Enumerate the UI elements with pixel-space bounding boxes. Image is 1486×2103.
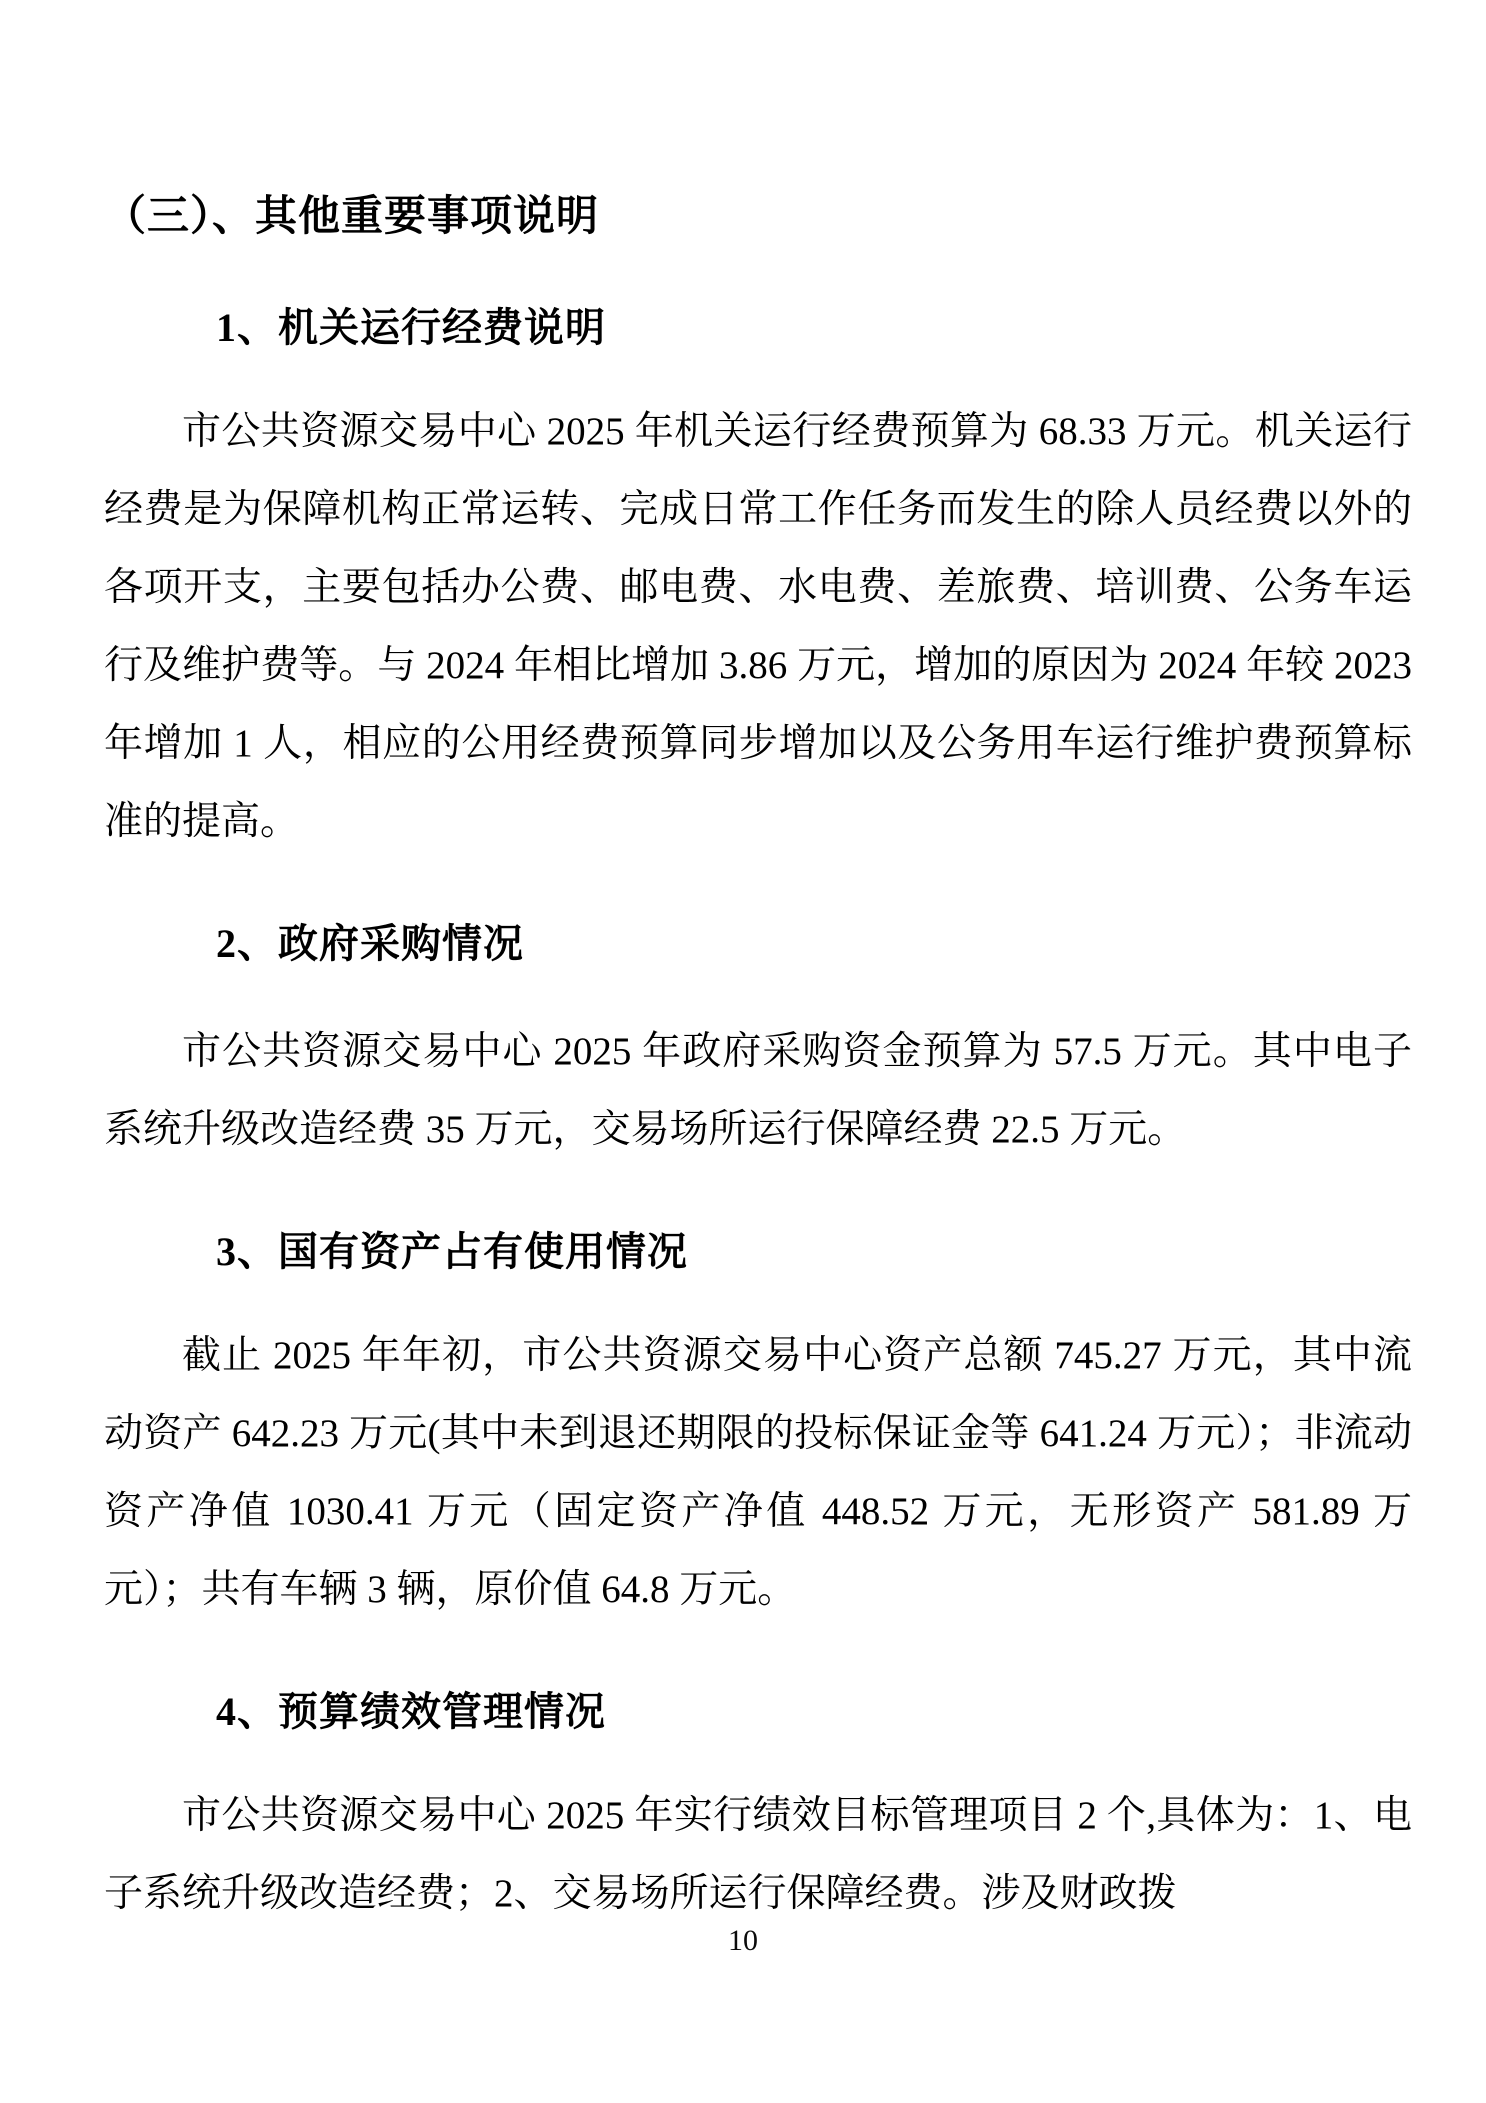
subsection-heading-state-owned-assets: 3、国有资产占有使用情况 bbox=[216, 1227, 1412, 1277]
document-page: （三）、其他重要事项说明 1、机关运行经费说明 市公共资源交易中心 2025 年… bbox=[0, 0, 1486, 2103]
page-number: 10 bbox=[0, 1924, 1486, 1958]
subsection-heading-agency-operating-funds: 1、机关运行经费说明 bbox=[216, 303, 1412, 353]
subsection-heading-budget-performance-management: 4、预算绩效管理情况 bbox=[216, 1687, 1412, 1737]
subsection-heading-government-procurement: 2、政府采购情况 bbox=[216, 919, 1412, 969]
section-heading-other-important-matters: （三）、其他重要事项说明 bbox=[104, 190, 1412, 245]
paragraph-government-procurement: 市公共资源交易中心 2025 年政府采购资金预算为 57.5 万元。其中电子系统… bbox=[104, 1013, 1412, 1169]
paragraph-budget-performance-management: 市公共资源交易中心 2025 年实行绩效目标管理项目 2 个,具体为：1、电子系… bbox=[104, 1777, 1412, 1933]
paragraph-state-owned-assets: 截止 2025 年年初，市公共资源交易中心资产总额 745.27 万元，其中流动… bbox=[104, 1317, 1412, 1629]
paragraph-agency-operating-funds: 市公共资源交易中心 2025 年机关运行经费预算为 68.33 万元。机关运行经… bbox=[104, 393, 1412, 861]
